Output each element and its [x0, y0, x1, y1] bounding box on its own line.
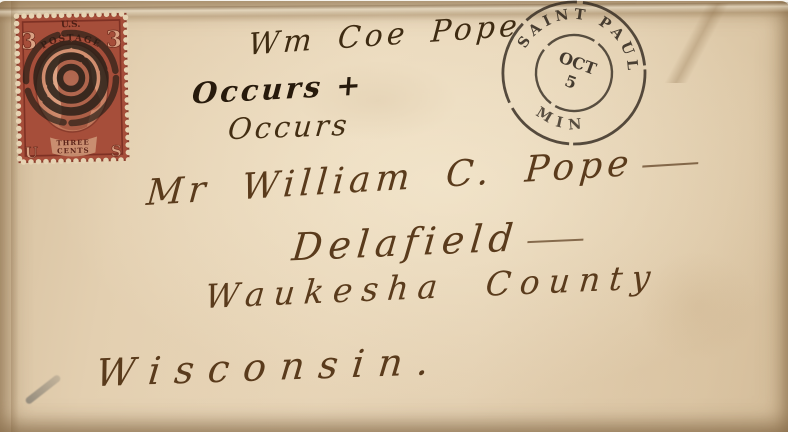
address-recipient: Mr William C. Pope [145, 142, 700, 212]
address-state: Wisconsin. [94, 342, 445, 392]
address-city: Delafield [290, 216, 585, 267]
envelope-scan: U.S. POSTAGE 3 3 U S THREE CENTS [0, 0, 788, 432]
postmark-day: 5 [562, 71, 579, 93]
pencil-smudge [24, 374, 61, 405]
envelope-paper: U.S. POSTAGE 3 3 U S THREE CENTS [0, 1, 788, 432]
address-county: Waukesha County [204, 260, 661, 313]
docket-line-occurs-2: Occurs [227, 111, 351, 144]
target-cancel [15, 12, 130, 164]
postmark-state: MIN [531, 102, 593, 139]
